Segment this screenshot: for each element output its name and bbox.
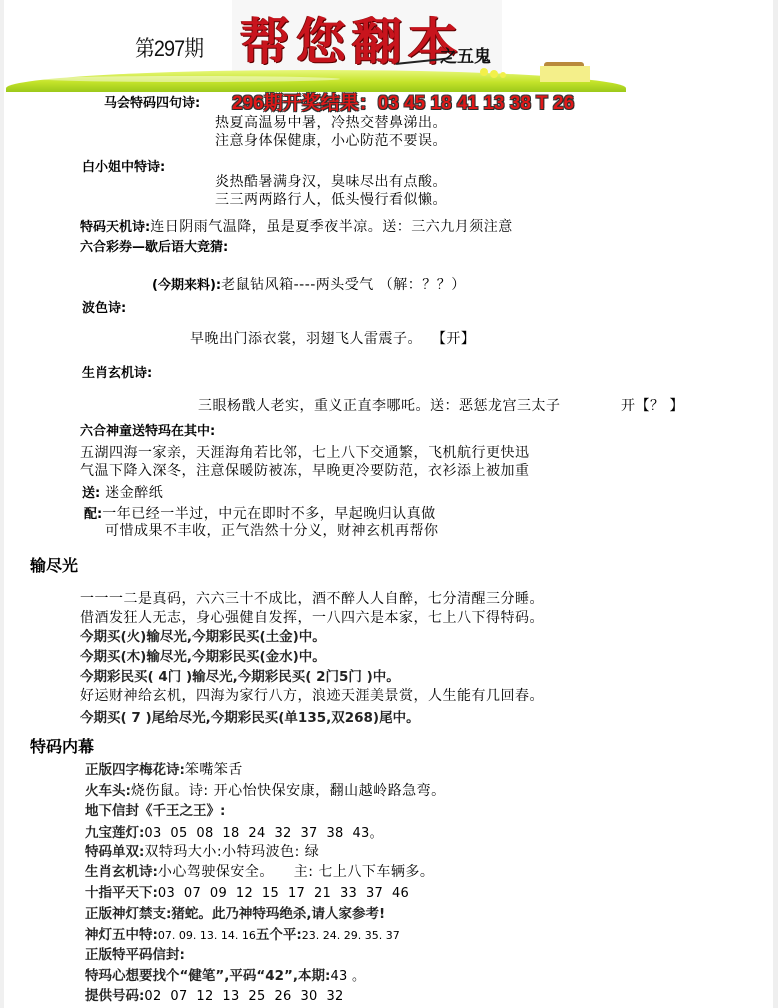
inside-value: 小心驾驶保安全。 主: 七上八下车辆多。 xyxy=(158,864,434,880)
xiehouyu-text: 老鼠钻风箱----两头受气 （解：？？） xyxy=(221,277,466,293)
inside-row-envelope: 地下信封《千王之王》: xyxy=(85,799,225,819)
section-heading-inside: 特码内幕 xyxy=(30,734,94,757)
header-banner: 第297期 帮您翻本 之五鬼 xyxy=(0,0,778,96)
previous-draw-result: 296期开奖结果：03 45 18 41 13 38 T 26 xyxy=(232,88,574,115)
inside-label-2: 五个平: xyxy=(256,927,302,943)
inside-label: 正版四字梅花诗: xyxy=(85,762,185,778)
bose-text: 早晚出门添衣裳，羽翅飞人雷震子。 【开】 xyxy=(190,328,475,348)
shentong-line: 五湖四海一家亲，天涯海角若比邻，七上八下交通繁，飞机航行更快迅 xyxy=(80,442,530,462)
xiehouyu-source-label: (今期来料): xyxy=(152,278,221,293)
inside-row-flat-envelope: 正版特平码信封: xyxy=(85,943,185,963)
inside-value: 43 。 xyxy=(330,969,365,984)
tianji-text: 连日阴雨气温降，虽是夏季夜半凉。送：三六九月须注意 xyxy=(150,219,513,235)
xiehouyu-label: 六合彩券—歇后语大竞猜: xyxy=(80,236,228,255)
tianji-row: 特码天机诗:连日阴雨气温降，虽是夏季夜半凉。送：三六九月须注意 xyxy=(80,216,513,236)
horse-poem-line: 注意身体保健康，小心防范不要误。 xyxy=(215,130,447,150)
inside-row-forbidden: 正版神灯禁支:猪蛇。此乃神特玛绝杀,请人家参考! xyxy=(85,902,385,922)
inside-value: 笨嘴笨舌 xyxy=(185,762,243,778)
shentong-send-row: 送: 迷金醉纸 xyxy=(82,482,163,502)
bose-label: 波色诗: xyxy=(82,297,126,316)
miss-bai-line: 三三两两路行人，低头慢行看似懒。 xyxy=(215,189,447,209)
inside-row-pen: 特玛心想要找个“健笔”,平码“42”,本期:43 。 xyxy=(85,964,365,984)
lose-all-line: 借酒发狂人无志，身心强健自发挥，一八四六是本家，七上八下得特码。 xyxy=(80,607,544,627)
page-scrollbar-track[interactable] xyxy=(773,0,778,1008)
inside-value: 双特玛大小:小特玛波色: 绿 xyxy=(144,844,319,860)
house-decoration xyxy=(540,66,590,82)
horse-poem-label: 马会特码四句诗: xyxy=(104,92,200,111)
inside-row-numbers: 提供号码:02 07 12 13 25 26 30 32 xyxy=(85,984,344,1004)
inside-value: 猪蛇。此乃神特玛绝杀,请人家参考! xyxy=(171,906,385,922)
inside-value: 03 07 09 12 15 17 21 33 37 46 xyxy=(158,886,409,901)
inside-row-zodiac: 生肖玄机诗:小心驾驶保安全。 主: 七上八下车辆多。 xyxy=(85,860,434,881)
page-title: 帮您翻本 xyxy=(240,2,464,74)
pair-label: 配: xyxy=(84,507,102,522)
inside-row-lotus: 九宝莲灯:03 05 08 18 24 32 37 38 43。 xyxy=(85,821,383,841)
horse-poem-line: 热夏高温易中暑，冷热交替鼻涕出。 xyxy=(215,112,447,132)
section-heading-lose-all: 输尽光 xyxy=(30,553,78,576)
shengxiao-open: 开【？ 】 xyxy=(621,395,684,415)
shengxiao-text: 三眼杨戬人老实，重义正直李哪吒。送：恶惩龙宫三太子 xyxy=(198,395,561,415)
pair-line: 可惜成果不丰收，正气浩然十分义，财神玄机再帮你 xyxy=(105,520,439,540)
send-label: 送: xyxy=(82,486,100,501)
inside-row-oddeven: 特码单双:双特玛大小:小特玛波色: 绿 xyxy=(85,840,319,861)
lose-all-bet: 今期买(火)输尽光,今期彩民买(土金)中。 xyxy=(80,625,326,645)
miss-bai-line: 炎热酷暑满身汉，臭味尽出有点酸。 xyxy=(215,171,447,191)
inside-value: 03 05 08 18 24 32 37 38 43。 xyxy=(144,826,383,841)
inside-label: 提供号码: xyxy=(85,988,144,1004)
inside-label: 火车头: xyxy=(85,783,131,799)
inside-value: 02 07 12 13 25 26 30 32 xyxy=(144,989,343,1004)
inside-label: 特玛心想要找个“健笔”,平码“42”,本期: xyxy=(85,968,330,984)
page-left-edge xyxy=(0,0,4,1008)
inside-value: 07. 09. 13. 14. 16 xyxy=(158,929,256,942)
inside-value-2: 23. 24. 29. 35. 37 xyxy=(302,929,400,942)
inside-label: 特码单双: xyxy=(85,844,144,860)
inside-label: 生肖玄机诗: xyxy=(85,864,158,880)
xiehouyu-row: (今期来料):老鼠钻风箱----两头受气 （解：？？） xyxy=(152,274,466,294)
issue-number: 第297期 xyxy=(135,32,203,63)
inside-row-tenfingers: 十指平天下:03 07 09 12 15 17 21 33 37 46 xyxy=(85,881,409,901)
inside-row-train: 火车头:烧伤鼠。诗: 开心怡快保安康，翻山越岭路急弯。 xyxy=(85,779,446,800)
page-subtitle: 之五鬼 xyxy=(440,42,491,67)
shentong-line: 气温下降入深冬，注意保暖防被冻，早晚更冷要防范，衣衫添上被加重 xyxy=(80,460,530,480)
inside-row-lamp: 神灯五中特:07. 09. 13. 14. 16五个平:23. 24. 29. … xyxy=(85,923,400,943)
grass-highlight-decoration xyxy=(40,76,340,82)
send-value: 迷金醉纸 xyxy=(105,485,163,501)
inside-value: 烧伤鼠。诗: 开心怡快保安康，翻山越岭路急弯。 xyxy=(131,783,446,799)
lose-all-bet: 今期彩民买( 4门 )输尽光,今期彩民买( 2门5门 )中。 xyxy=(80,665,400,685)
lose-all-tail: 今期买( 7 )尾给尽光,今期彩民买(单135,双268)尾中。 xyxy=(80,706,420,726)
shentong-label: 六合神童送特玛在其中: xyxy=(80,420,215,439)
inside-row-meihua: 正版四字梅花诗:笨嘴笨舌 xyxy=(85,758,243,779)
shengxiao-label: 生肖玄机诗: xyxy=(82,362,152,381)
inside-label: 正版神灯禁支: xyxy=(85,906,171,922)
inside-label: 九宝莲灯: xyxy=(85,825,144,841)
lose-all-line: 一一一二是真码，六六三十不成比，酒不醉人人自醉，七分清醒三分睡。 xyxy=(80,588,544,608)
inside-label: 十指平天下: xyxy=(85,885,158,901)
miss-bai-label: 白小姐中特诗: xyxy=(82,156,165,175)
lose-all-bet: 今期买(木)输尽光,今期彩民买(金水)中。 xyxy=(80,645,326,665)
tianji-label: 特码天机诗: xyxy=(80,220,150,235)
inside-label: 地下信封《千王之王》: xyxy=(85,803,225,819)
inside-label: 正版特平码信封: xyxy=(85,947,185,963)
lose-all-poem: 好运财神给玄机，四海为家行八方，浪迹天涯美景赏，人生能有几回春。 xyxy=(80,685,544,705)
inside-label: 神灯五中特: xyxy=(85,927,158,943)
